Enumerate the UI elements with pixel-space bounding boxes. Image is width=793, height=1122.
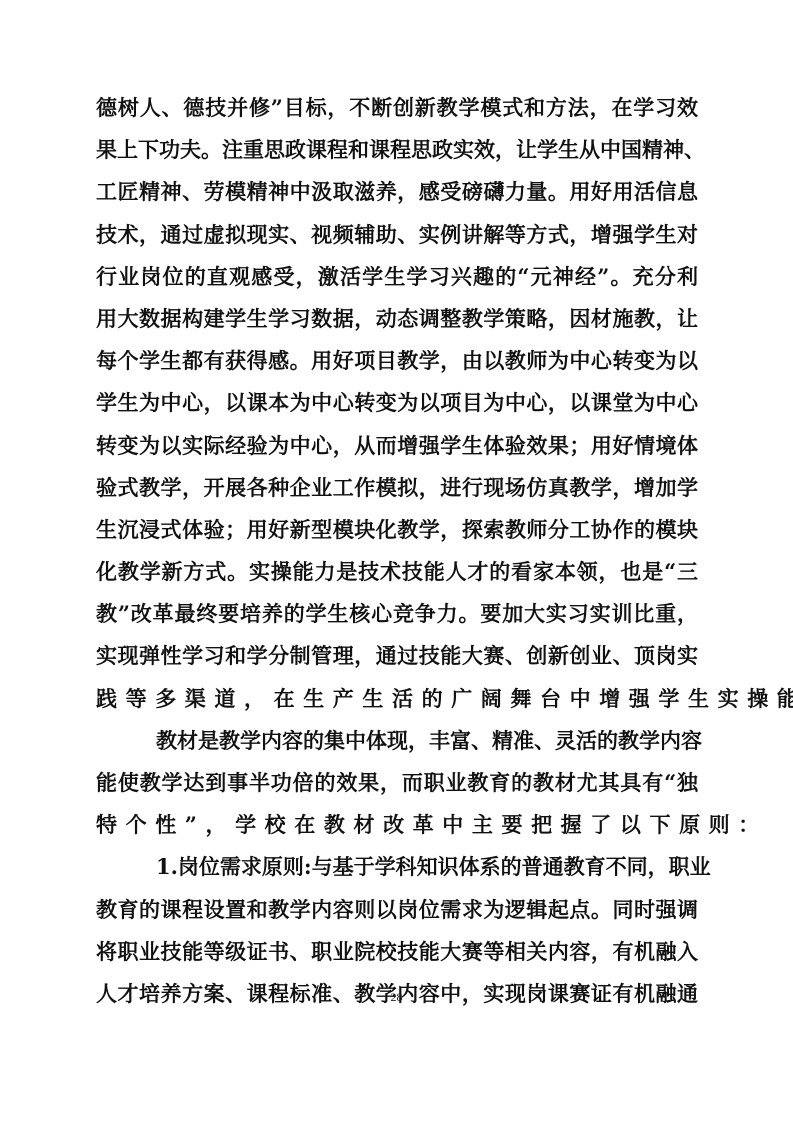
text-line: 德树人、德技并修”目标，不断创新教学模式和方法，在学习效 (96, 87, 698, 129)
text-line: 果上下功夫。注重思政课程和课程思政实效，让学生从中国精神、 (96, 129, 698, 171)
list-item-heading-line: 1.岗位需求原则:与基于学科知识体系的普通教育不同，职业 (96, 846, 698, 888)
document-page: 德树人、德技并修”目标，不断创新教学模式和方法，在学习效 果上下功夫。注重思政课… (0, 0, 793, 1122)
text-line: 教”改革最终要培养的学生核心竞争力。要加大实习实训比重， (96, 593, 698, 635)
body-text: 德树人、德技并修”目标，不断创新教学模式和方法，在学习效 果上下功夫。注重思政课… (96, 87, 698, 1015)
text-line: 每个学生都有获得感。用好项目教学，由以教师为中心转变为以 (96, 340, 698, 382)
text-line: 实现弹性学习和学分制管理，通过技能大赛、创新创业、顶岗实 (96, 635, 698, 677)
text-line: 教育的课程设置和教学内容则以岗位需求为逻辑起点。同时强调 (96, 889, 698, 931)
text-line: 验式教学，开展各种企业工作模拟，进行现场仿真教学，增加学 (96, 467, 698, 509)
text-line: 工匠精神、劳模精神中汲取滋养，感受磅礴力量。用好用活信息 (96, 171, 698, 213)
text-line: 能使教学达到事半功倍的效果，而职业教育的教材尤其具有“独 (96, 762, 698, 804)
paragraph-end-line: 特个性”，学校在教材改革中主要把握了以下原则： (96, 804, 698, 846)
text-line: 生沉浸式体验；用好新型模块化教学，探索教师分工协作的模块 (96, 509, 698, 551)
text-line: 技术，通过虚拟现实、视频辅助、实例讲解等方式，增强学生对 (96, 214, 698, 256)
text-line: 行业岗位的直观感受，激活学生学习兴趣的“元神经”。充分利 (96, 256, 698, 298)
page-number: 28 (0, 990, 793, 1005)
text-line: 化教学新方式。实操能力是技术技能人才的看家本领，也是“三 (96, 551, 698, 593)
text-line: 用大数据构建学生学习数据，动态调整教学策略，因材施教，让 (96, 298, 698, 340)
text-line: 转变为以实际经验为中心，从而增强学生体验效果；用好情境体 (96, 425, 698, 467)
text-line: 将职业技能等级证书、职业院校技能大赛等相关内容，有机融入 (96, 931, 698, 973)
text-line: 学生为中心，以课本为中心转变为以项目为中心，以课堂为中心 (96, 382, 698, 424)
paragraph-end-line: 践等多渠道，在生产生活的广阔舞台中增强学生实操能力。 (96, 678, 698, 720)
paragraph-start-line: 教材是教学内容的集中体现，丰富、精准、灵活的教学内容 (96, 720, 698, 762)
